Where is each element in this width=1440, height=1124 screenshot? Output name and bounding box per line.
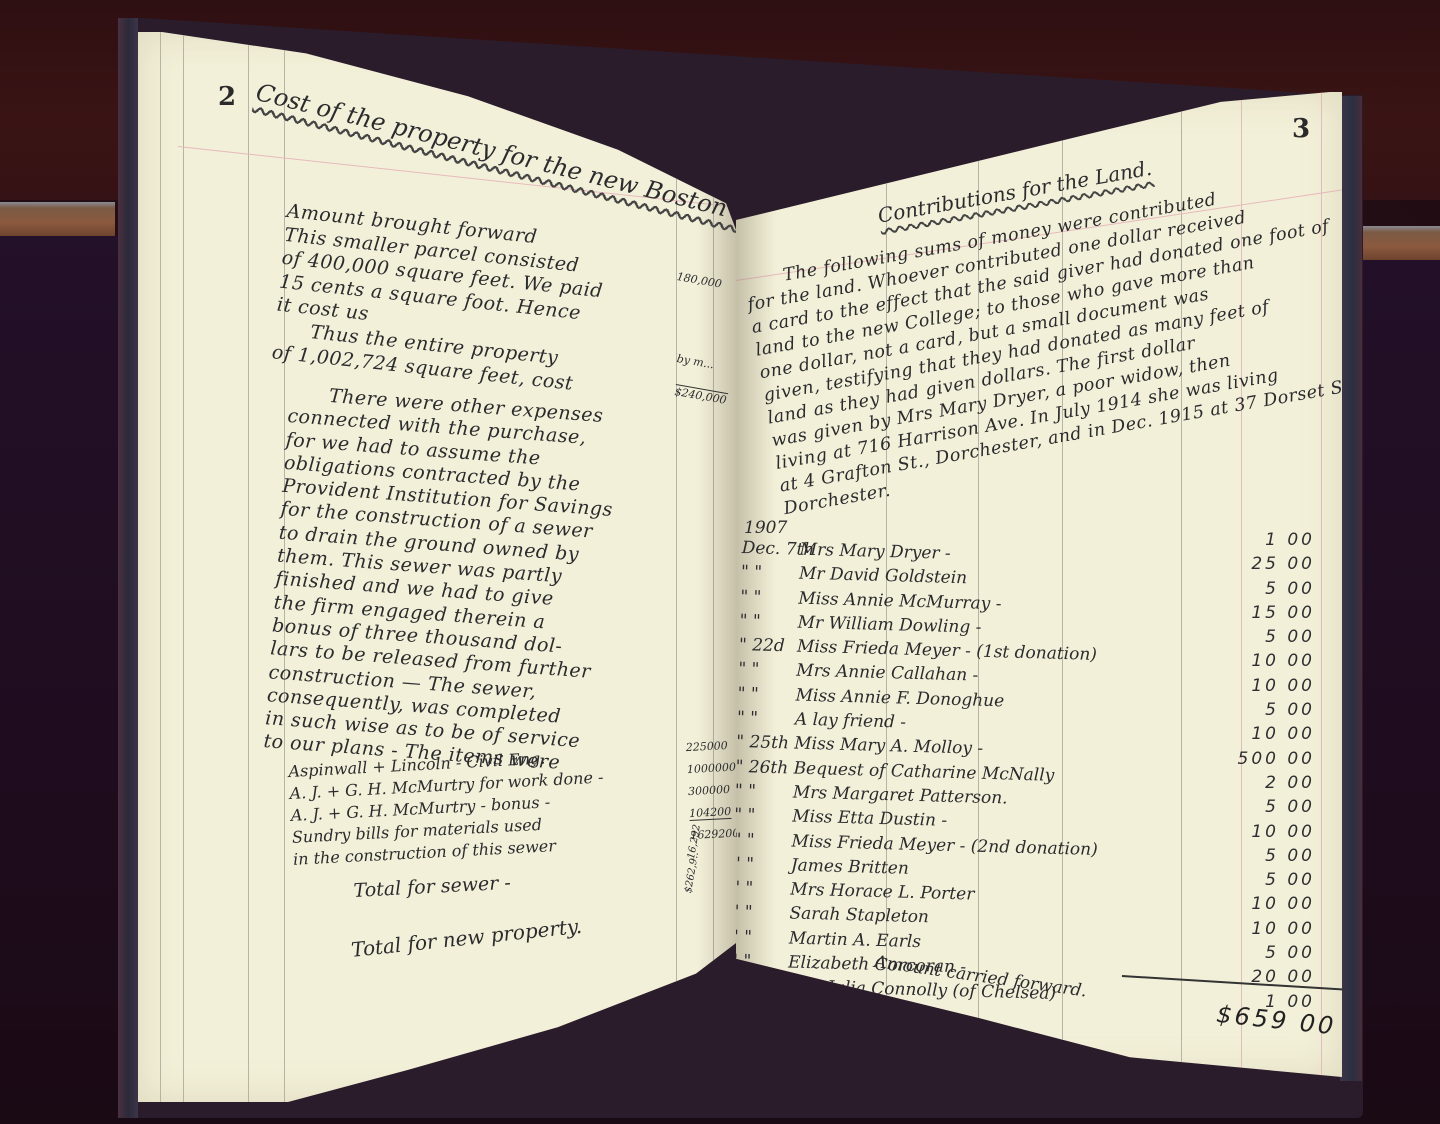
- page-number: 2: [218, 82, 236, 112]
- paragraph-land-cost: Amount brought forward This smaller parc…: [271, 200, 609, 398]
- paragraph-sewer: There were other expenses connected with…: [263, 382, 621, 778]
- amount: 5 00: [1180, 627, 1315, 651]
- shelf-ledge-right: [1360, 226, 1440, 260]
- amount: 10 00: [1180, 724, 1315, 748]
- amount: 15 00: [1180, 603, 1315, 627]
- page-rule: [248, 32, 249, 1102]
- book-cover-edge-left: [118, 18, 138, 1118]
- sewer-items: Aspinwall + Lincoln - Civil Eng. 225000 …: [288, 739, 733, 872]
- amount: 10 00: [1180, 822, 1315, 846]
- paragraph-contributions-intro: The following sums of money were contrib…: [742, 169, 1342, 521]
- amount: 5 00: [1180, 579, 1315, 603]
- ledger-year: 1907: [744, 518, 787, 538]
- page-rule: [183, 32, 184, 1102]
- amount: 5 00: [1180, 797, 1315, 821]
- left-page: 2 Cost of the property for the new Bosto…: [138, 32, 738, 1102]
- amount: 25 00: [1180, 554, 1315, 578]
- amount: 10 00: [1180, 676, 1315, 700]
- amount: 10 00: [1180, 919, 1315, 943]
- book-cover-edge-right: [1340, 96, 1362, 1081]
- amount: 2 00: [1180, 773, 1315, 797]
- amount: 10 00: [1180, 651, 1315, 675]
- amount: 5 00: [1180, 870, 1315, 894]
- amount: 10 00: [1180, 894, 1315, 918]
- page-number: 3: [1292, 114, 1310, 144]
- amount: 500 00: [1180, 749, 1315, 773]
- shelf-ledge-left: [0, 202, 115, 236]
- total-for-sewer-label: Total for sewer -: [353, 872, 511, 902]
- page-rule: [160, 32, 161, 1102]
- total-for-property-label: Total for new property.: [350, 914, 583, 962]
- contribution-amounts: 1 00 25 00 5 00 15 00 5 00 10 00 10 00 5…: [1180, 530, 1315, 1016]
- amount: 5 00: [1180, 700, 1315, 724]
- amount: 5 00: [1180, 943, 1315, 967]
- amount: 1 00: [1180, 530, 1315, 554]
- amount: 5 00: [1180, 846, 1315, 870]
